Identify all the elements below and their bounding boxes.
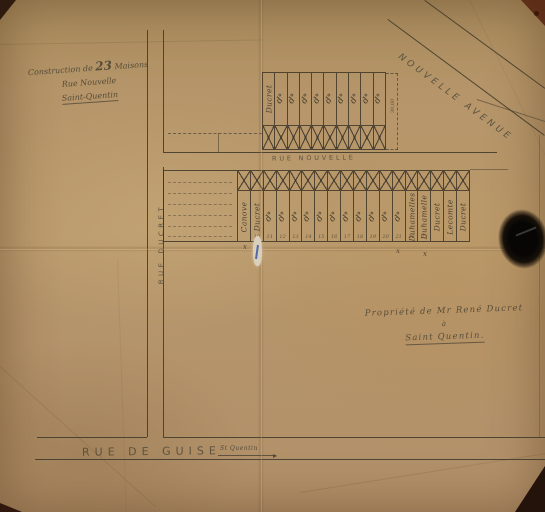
lot-owner-area: d° <box>300 73 311 124</box>
lot-owner-area: d° <box>337 73 348 124</box>
house-footprint-x <box>251 171 263 191</box>
hole-streak <box>515 226 536 236</box>
lot: Ducret <box>263 73 274 149</box>
lot-owner-area: d°17 <box>341 192 353 241</box>
lot: d° <box>299 73 311 149</box>
dimension-line <box>397 73 398 150</box>
house-footprint-x <box>337 125 348 149</box>
lot-owner-name: Canove <box>239 201 248 232</box>
house-footprint-x <box>457 171 469 191</box>
upper-annex-dashed-line <box>168 133 262 134</box>
rue-de-guise-direction-note: St Quentin <box>220 445 258 452</box>
lot-owner-area: d° <box>324 73 335 124</box>
title-line1-number: 23 <box>95 58 113 73</box>
ditto-mark: d° <box>276 210 290 224</box>
lot-number: 17 <box>341 234 353 240</box>
lot-owner-area: d°15 <box>315 192 327 241</box>
ditto-mark: d° <box>379 210 393 224</box>
ditto-mark: d° <box>366 210 380 224</box>
house-footprint-x <box>418 171 430 191</box>
dimension-dash-bottom <box>386 149 398 150</box>
lot-owner-area: Duhamelle23 <box>418 192 430 241</box>
lot-owner-area: d°12 <box>277 192 289 241</box>
house-footprint-x <box>431 171 443 191</box>
ditto-mark: d° <box>327 210 341 224</box>
house-footprint-x <box>300 125 311 149</box>
lot: d° <box>287 73 299 149</box>
garden-dashed-row <box>168 236 232 237</box>
garden-dashed-row <box>168 226 232 227</box>
lot: d°15 <box>314 171 327 241</box>
rue-de-guise-top-line-right <box>163 437 545 438</box>
lot-owner-area: Lecomte <box>444 192 456 241</box>
lot-owner-name: Ducret <box>264 84 273 112</box>
lot-number: 20 <box>380 234 392 240</box>
lot-owner-area: Ducret10 <box>251 192 263 241</box>
house-footprint-x <box>444 171 456 191</box>
lot-owner-name: Ducret <box>252 202 261 230</box>
house-footprint-x <box>393 171 405 191</box>
lot: d°20 <box>379 171 392 241</box>
lot-owner-area: d°19 <box>367 192 379 241</box>
lot: d° <box>274 73 286 149</box>
lot-number: 12 <box>277 234 289 240</box>
lower-lot-block: CanoveDucret10d°11d°12d°13d°14d°15d°16d°… <box>163 170 470 242</box>
lot: d°13 <box>289 171 302 241</box>
lower-block-garden-zone <box>164 171 238 241</box>
house-footprint-x <box>315 171 327 191</box>
lot-owner-area: d° <box>349 73 360 124</box>
house-footprint-x <box>367 171 379 191</box>
survey-mark: x <box>396 247 400 255</box>
lot: Canove <box>238 171 250 241</box>
dimension-label: 30,00 <box>390 99 396 113</box>
lot: Duhamelle23 <box>417 171 430 241</box>
upper-annex-edge <box>218 133 219 152</box>
house-footprint-x <box>288 125 299 149</box>
house-footprint-x <box>361 125 372 149</box>
lot-owner-area: Ducret <box>263 73 274 124</box>
rue-nouvelle-label: RUE NOUVELLE <box>272 153 356 162</box>
ditto-mark: d° <box>289 210 303 224</box>
lot-owner-area: d° <box>275 73 286 124</box>
lot-number: 15 <box>315 234 327 240</box>
lot-owner-area: d° <box>374 73 385 124</box>
rue-nouvelle-south-line-ext <box>470 169 508 170</box>
house-footprint-x <box>374 125 385 149</box>
direction-arrow-icon <box>218 455 276 456</box>
photo-backdrop: RUE DUCRET RUE DE GUISE St Quentin RUE N… <box>0 0 545 512</box>
lot-number: 23 <box>418 234 430 240</box>
garden-dashed-row <box>168 182 232 183</box>
blue-ink-mark <box>255 245 259 259</box>
rue-de-guise-top-line-left <box>37 437 147 438</box>
paper-tear-chip <box>253 236 262 266</box>
lot-owner-name: Duhamelle <box>420 194 429 239</box>
garden-dashed-row <box>168 193 232 194</box>
house-footprint-x <box>341 171 353 191</box>
lot-owner-area: d° <box>312 73 323 124</box>
house-footprint-x <box>275 125 286 149</box>
lot-owner-name: Ducret <box>459 202 468 230</box>
lot-number: 22 <box>406 234 418 240</box>
lot: d°21 <box>392 171 405 241</box>
lot-number: 16 <box>328 234 340 240</box>
lot-owner-area: d°20 <box>380 192 392 241</box>
lot-owner-name: Ducret <box>433 202 442 230</box>
lot-owner-name: Lecomte <box>446 199 455 235</box>
house-footprint-x <box>312 125 323 149</box>
rue-de-guise-label: RUE DE GUISE <box>82 444 221 458</box>
property-note: Propriété de Mr René Ducret à Saint Quen… <box>361 302 527 347</box>
lot-owner-area: Ducret <box>431 192 443 241</box>
lot: d° <box>323 73 335 149</box>
ditto-mark: d° <box>302 210 316 224</box>
lot: d°19 <box>366 171 379 241</box>
house-footprint-x <box>328 171 340 191</box>
house-footprint-x <box>290 171 302 191</box>
lot-owner-area: Duhamelles22 <box>406 192 418 241</box>
lot-number: 18 <box>354 234 366 240</box>
ditto-mark: d° <box>263 210 277 224</box>
lot: Ducret <box>430 171 443 241</box>
house-footprint-x <box>354 171 366 191</box>
house-footprint-x <box>277 171 289 191</box>
lot-number: 11 <box>264 234 276 240</box>
lot-owner-area: d°13 <box>290 192 302 241</box>
house-footprint-x <box>324 125 335 149</box>
lot: d°14 <box>301 171 314 241</box>
garden-dashed-row <box>168 215 232 216</box>
ditto-mark: d° <box>340 210 354 224</box>
house-footprint-x <box>264 171 276 191</box>
lot: Ducret <box>456 171 469 241</box>
lot: d°18 <box>353 171 366 241</box>
lot: d°17 <box>340 171 353 241</box>
lot-number: 19 <box>367 234 379 240</box>
lot: d° <box>348 73 360 149</box>
east-boundary-line <box>539 135 540 437</box>
lot-owner-area: Canove <box>238 192 250 241</box>
lot-owner-area: d° <box>361 73 372 124</box>
ditto-mark: d° <box>314 210 328 224</box>
upper-lot-block: Ducretd°d°d°d°d°d°d°d°d° <box>262 72 386 150</box>
lot-owner-area: d°14 <box>302 192 314 241</box>
lot: d° <box>336 73 348 149</box>
house-footprint-x <box>406 171 418 191</box>
lot-owner-area: d°16 <box>328 192 340 241</box>
lot: d°11 <box>263 171 276 241</box>
lot-number: 21 <box>393 234 405 240</box>
lot-number: 14 <box>302 234 314 240</box>
house-footprint-x <box>349 125 360 149</box>
ditto-mark: d° <box>392 210 406 224</box>
lot: d° <box>360 73 372 149</box>
lot: d°16 <box>327 171 340 241</box>
lot-owner-area: d°21 <box>393 192 405 241</box>
upper-block-lots: Ducretd°d°d°d°d°d°d°d°d° <box>263 73 385 149</box>
title-line1-post: Maisons <box>112 60 149 72</box>
house-footprint-x <box>302 171 314 191</box>
house-footprint-x <box>380 171 392 191</box>
garden-dashed-row <box>168 204 232 205</box>
lot-owner-area: Ducret <box>457 192 469 241</box>
lot: d° <box>373 73 385 149</box>
lot-number: 13 <box>290 234 302 240</box>
survey-mark: x <box>423 250 427 258</box>
lot: d°12 <box>276 171 289 241</box>
house-footprint-x <box>238 171 250 191</box>
lot: Lecomte <box>443 171 456 241</box>
lot: Ducret10 <box>250 171 263 241</box>
lot: d° <box>311 73 323 149</box>
lot-owner-area: d° <box>288 73 299 124</box>
house-footprint-x <box>263 125 274 149</box>
rue-de-guise-bottom-line <box>35 459 545 460</box>
lot: Duhamelles22 <box>405 171 418 241</box>
lot-owner-area: d°18 <box>354 192 366 241</box>
lot-owner-area: d°11 <box>264 192 276 241</box>
ditto-mark: d° <box>373 92 387 106</box>
lower-block-lots: CanoveDucret10d°11d°12d°13d°14d°15d°16d°… <box>238 171 469 241</box>
survey-mark: x <box>243 243 247 251</box>
ditto-mark: d° <box>353 210 367 224</box>
